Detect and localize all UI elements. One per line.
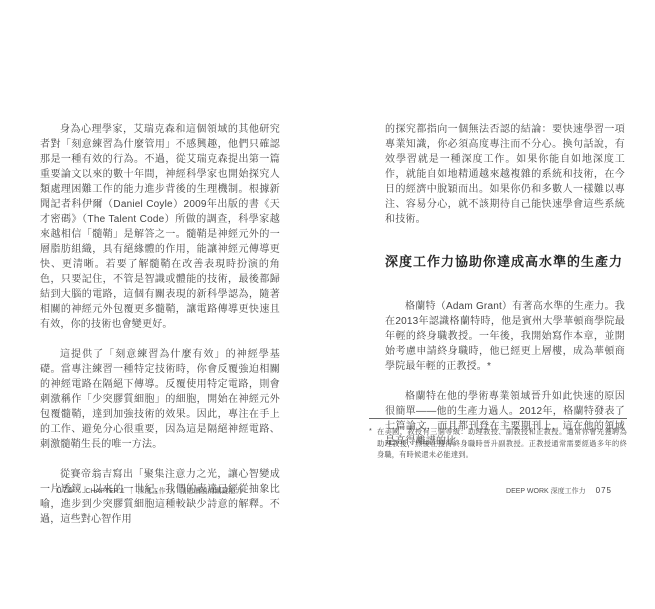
chapter-title: 深度工作力，創造價值的關鍵能力 bbox=[138, 488, 243, 495]
footnote: * 在美國，教授有三個等級：助理教授、副教授和正教授。通常你會先獲聘為助理教授，… bbox=[369, 426, 627, 461]
left-page-number: 074 bbox=[57, 486, 73, 495]
footnote-block: * 在美國，教授有三個等級：助理教授、副教授和正教授。通常你會先獲聘為助理教授，… bbox=[369, 418, 627, 461]
footnote-divider bbox=[369, 418, 627, 419]
right-page-number: 075 bbox=[596, 486, 612, 495]
footer-divider: ｜ bbox=[128, 488, 135, 495]
footnote-text: 在美國，教授有三個等級：助理教授、副教授和正教授。通常你會先獲聘為助理教授，然後… bbox=[377, 427, 627, 459]
section-heading: 深度工作力協助你達成高水準的生產力 bbox=[385, 253, 625, 271]
right-paragraph-1: 格蘭特（Adam Grant）有著高水準的生產力。我在2013年認識格蘭特時，他… bbox=[385, 299, 625, 374]
footnote-marker: * bbox=[369, 425, 372, 437]
left-paragraph-2: 這提供了「刻意練習為什麼有效」的神經學基礎。當專注練習一種特定技術時，你會反覆強… bbox=[40, 347, 280, 452]
book-label: DEEP WORK 深度工作力 bbox=[506, 488, 586, 495]
left-page: 身為心理學家，艾瑞克森和這個領域的其他研究者對「刻意練習為什麼管用」不感興趣，他… bbox=[40, 122, 280, 527]
chapter-label: CHAPTER 1 bbox=[85, 488, 124, 495]
right-page: 的探究都指向一個無法否認的結論：要快速學習一項專業知識，你必須高度專注而不分心。… bbox=[385, 122, 625, 449]
left-paragraph-3: 從賽帝翁吉寫出「聚集注意力之光，讓心智變成一片透鏡」以來的一世紀，我們的表達已經… bbox=[40, 467, 280, 527]
left-paragraph-1: 身為心理學家，艾瑞克森和這個領域的其他研究者對「刻意練習為什麼管用」不感興趣，他… bbox=[40, 122, 280, 332]
left-page-footer: 074CHAPTER 1｜深度工作力，創造價值的關鍵能力 bbox=[57, 486, 243, 496]
right-page-footer: DEEP WORK 深度工作力075 bbox=[506, 486, 612, 496]
right-continuation-paragraph: 的探究都指向一個無法否認的結論：要快速學習一項專業知識，你必須高度專注而不分心。… bbox=[385, 122, 625, 227]
